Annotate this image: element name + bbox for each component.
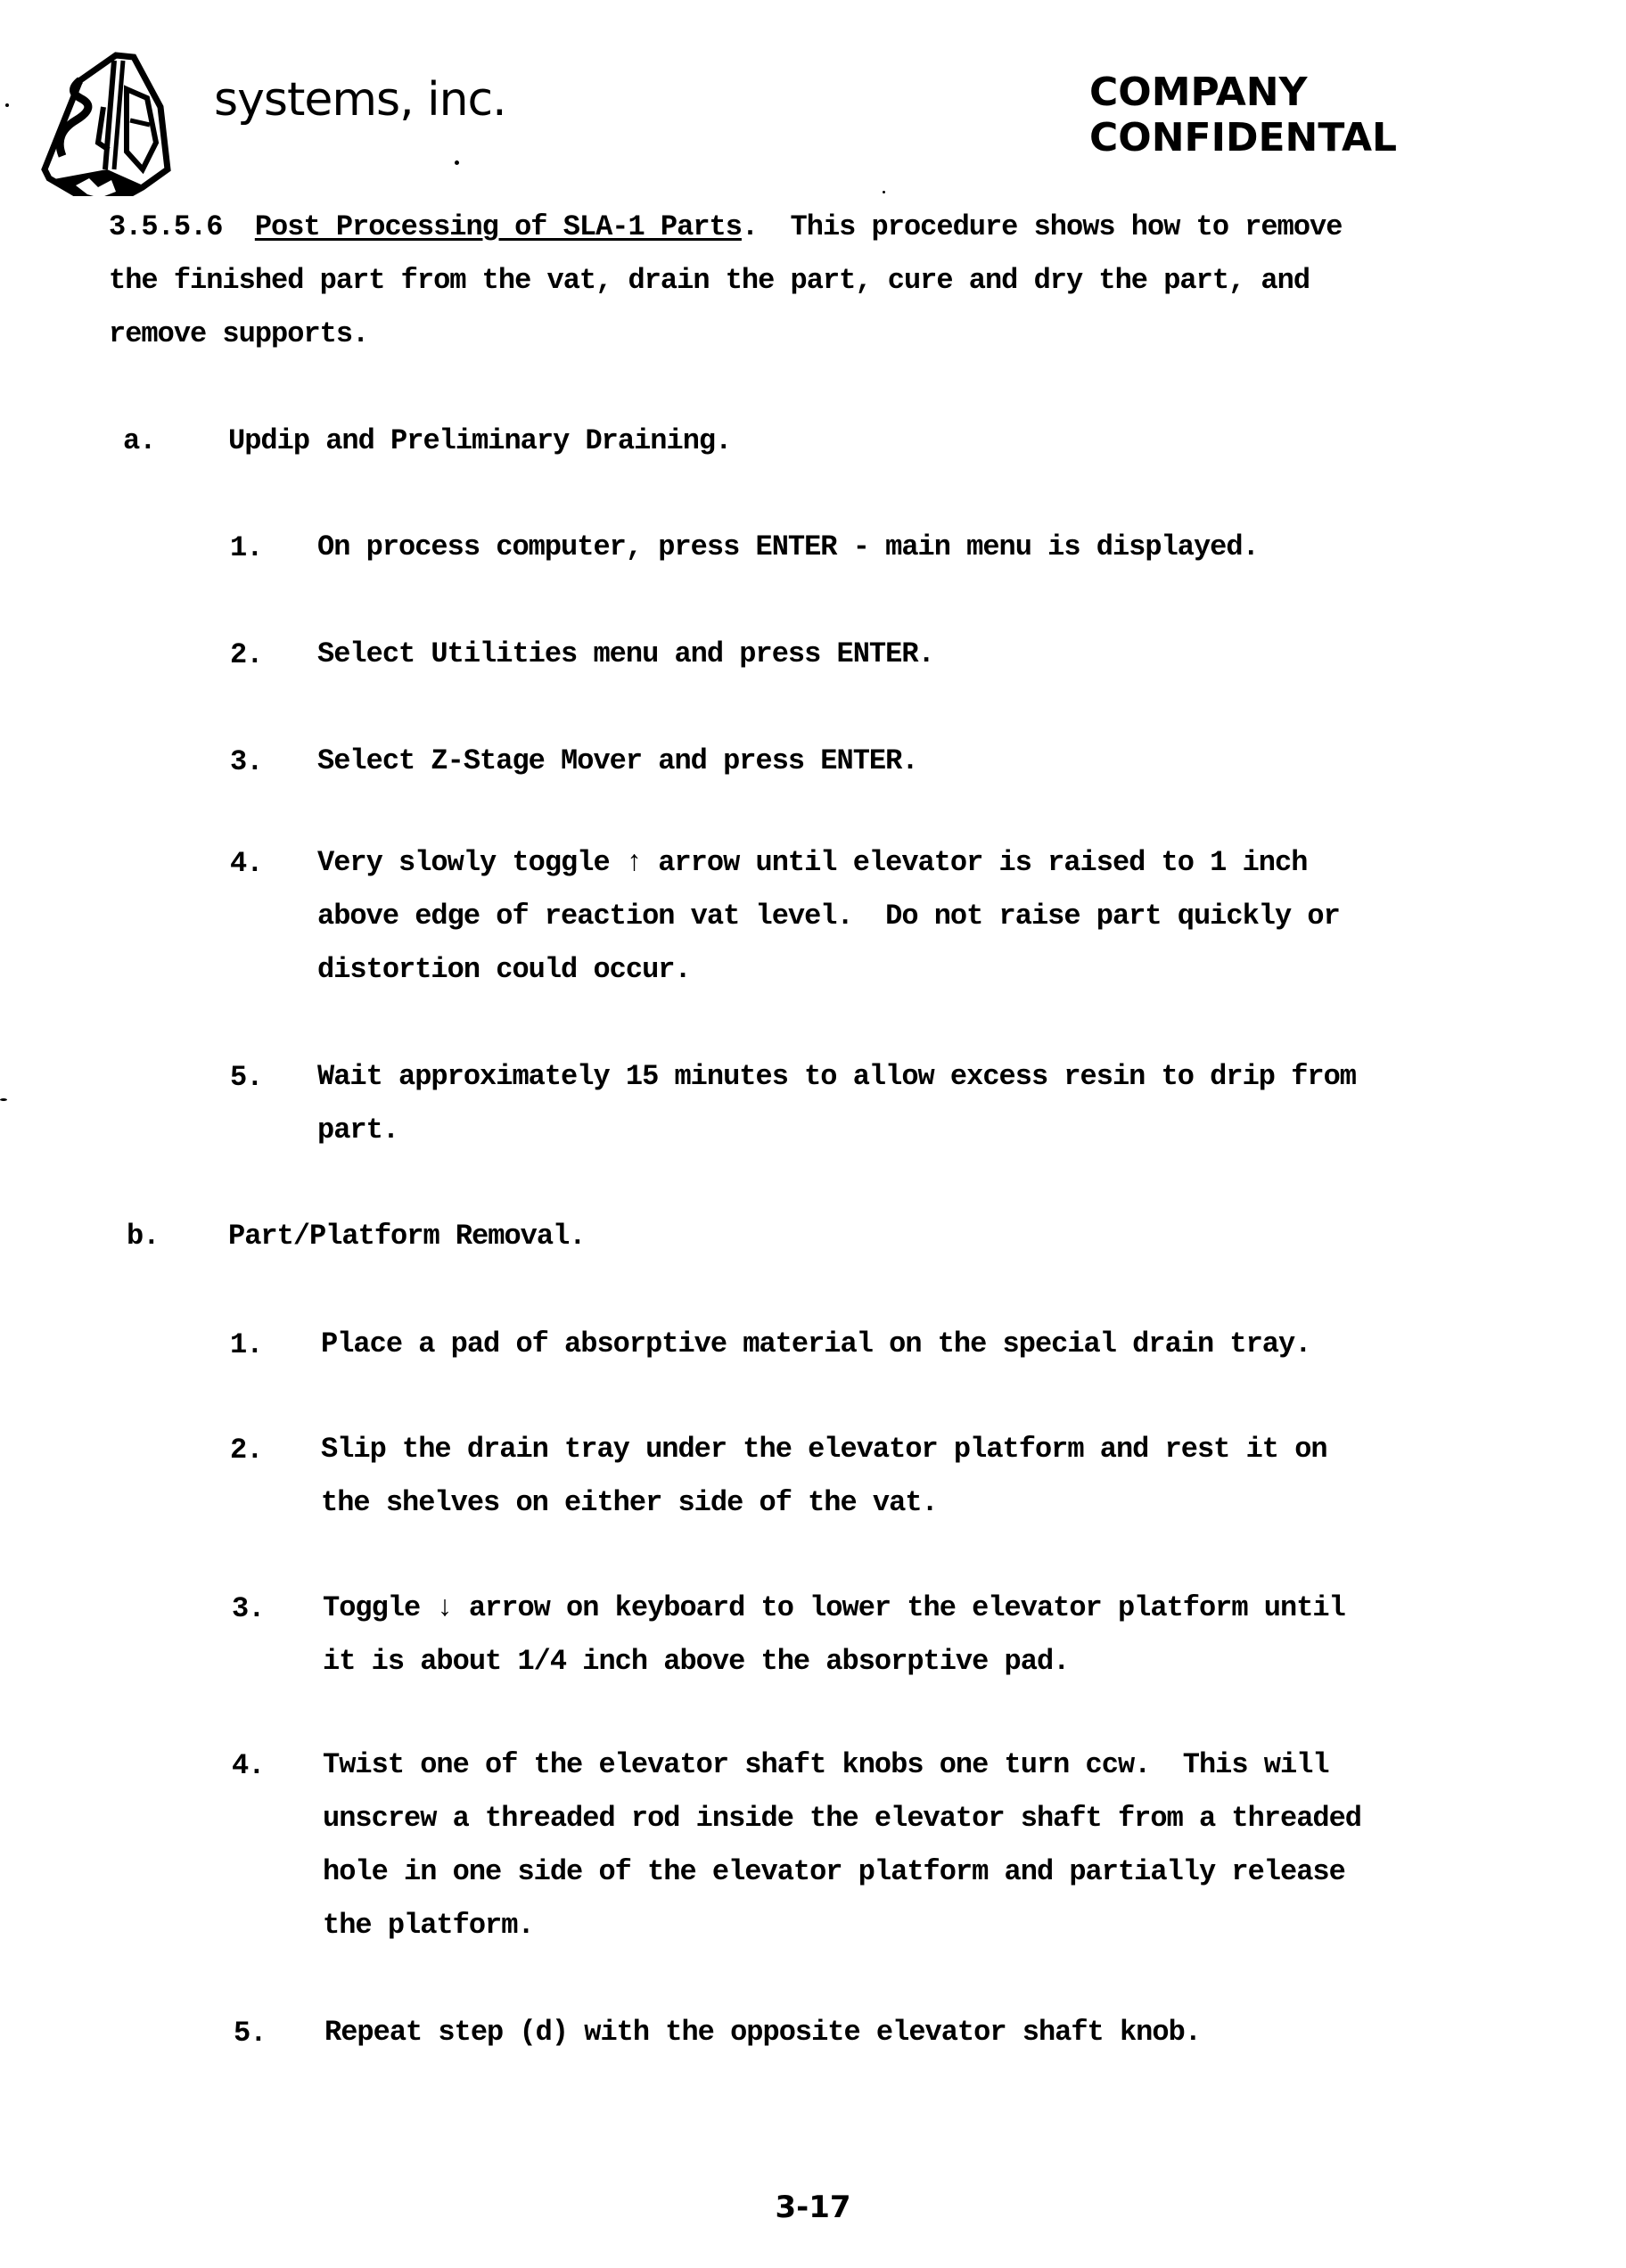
section-intro: . This procedure shows how to remove [742, 210, 1343, 243]
step-a5-marker: 5. [230, 1061, 262, 1094]
step-a1-text: On process computer, press ENTER - main … [317, 521, 1259, 574]
section-intro-line-2: the finished part from the vat, drain th… [109, 264, 1310, 297]
step-b1-marker: 1. [230, 1328, 262, 1361]
subsection-a-marker: a. [123, 424, 155, 457]
section-heading-line: 3.5.5.6 Post Processing of SLA-1 Parts. … [109, 210, 1342, 243]
step-b5-text: Repeat step (d) with the opposite elevat… [324, 2006, 1201, 2059]
3d-cube-logo-icon [27, 36, 214, 196]
step-a5-text: Wait approximately 15 minutes to allow e… [317, 1050, 1356, 1157]
subsection-a-title: Updip and Preliminary Draining. [228, 424, 731, 457]
step-a2-text: Select Utilities menu and press ENTER. [317, 628, 934, 681]
step-a3-marker: 3. [230, 745, 262, 778]
page-number: 3-17 [0, 2190, 1626, 2225]
step-b2-marker: 2. [230, 1434, 262, 1467]
section-title: Post Processing of SLA-1 Parts [255, 210, 742, 243]
company-name: systems, inc. [214, 73, 506, 127]
step-b5-marker: 5. [234, 2017, 266, 2050]
step-b3-text: Toggle ↓ arrow on keyboard to lower the … [323, 1582, 1345, 1689]
scan-speck [5, 103, 9, 107]
step-a1-marker: 1. [230, 531, 262, 564]
section-intro-line-3: remove supports. [109, 317, 368, 350]
scan-speck [0, 1098, 7, 1101]
step-a2-marker: 2. [230, 638, 262, 671]
step-a3-text: Select Z-Stage Mover and press ENTER. [317, 735, 918, 788]
subsection-b-marker: b. [127, 1220, 159, 1253]
step-a4-marker: 4. [230, 847, 262, 880]
section-number: 3.5.5.6 [109, 210, 222, 243]
step-a4-text: Very slowly toggle ↑ arrow until elevato… [317, 836, 1340, 997]
step-b4-marker: 4. [232, 1749, 264, 1782]
step-b3-marker: 3. [232, 1592, 264, 1625]
subsection-b-title: Part/Platform Removal. [228, 1220, 585, 1253]
step-b2-text: Slip the drain tray under the elevator p… [321, 1423, 1327, 1530]
step-b4-text: Twist one of the elevator shaft knobs on… [323, 1738, 1361, 1952]
scan-speck [883, 191, 885, 193]
step-b1-text: Place a pad of absorptive material on th… [321, 1318, 1310, 1371]
confidential-label: COMPANY CONFIDENTAL [1089, 70, 1626, 160]
scan-speck [455, 160, 459, 165]
